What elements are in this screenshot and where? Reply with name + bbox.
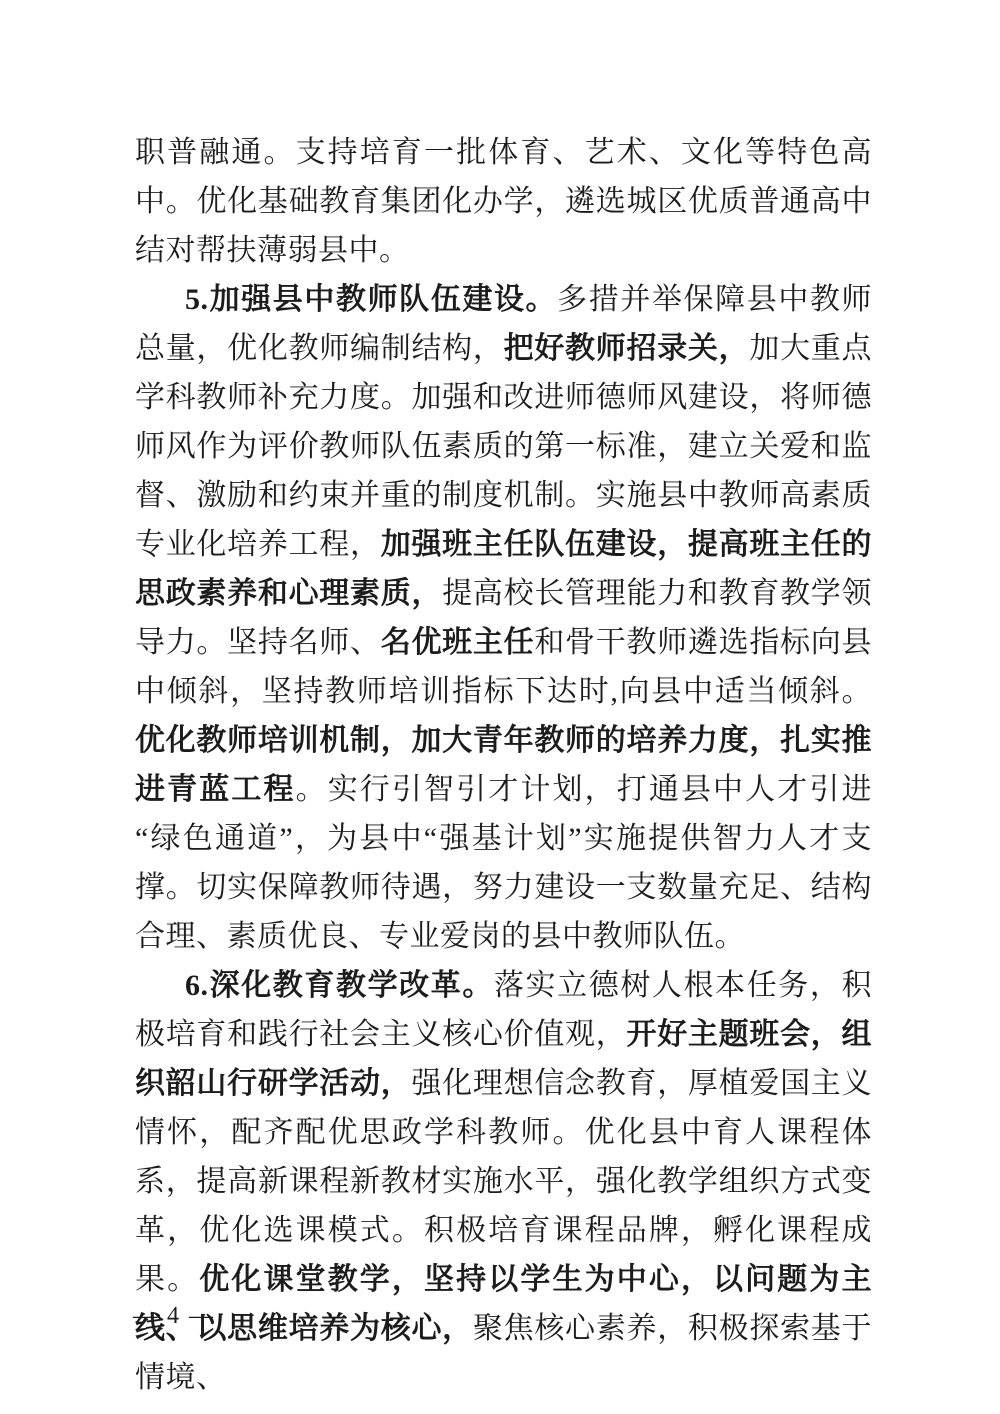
bold-text-run: 名优班主任	[381, 626, 535, 659]
paragraph: 职普融通。支持培育一批体育、艺术、文化等特色高中。优化基础教育集团化办学，遴选城…	[135, 128, 872, 275]
bold-text-run: 把好教师招录关，	[504, 332, 750, 365]
paragraph: 6.深化教育教学改革。落实立德树人根本任务，积极培育和践行社会主义核心价值观，开…	[135, 961, 872, 1402]
document-body: 职普融通。支持培育一批体育、艺术、文化等特色高中。优化基础教育集团化办学，遴选城…	[135, 128, 872, 1402]
document-page: 职普融通。支持培育一批体育、艺术、文化等特色高中。优化基础教育集团化办学，遴选城…	[0, 0, 1000, 1414]
text-run: 强化理想信念教育，厚植爱国主义情怀，配齐配优思政学科教师。优化县中育人课程体系，…	[135, 1067, 872, 1296]
page-number: — 4 —	[133, 1303, 215, 1330]
bold-text-run: 5.加强县中教师队伍建设。	[185, 283, 557, 316]
paragraph: 5.加强县中教师队伍建设。多措并举保障县中教师总量，优化教师编制结构，把好教师招…	[135, 275, 872, 961]
text-run: 加大重点学科教师补充力度。加强和改进师德师风建设，将师德师风作为评价教师队伍素质…	[135, 332, 872, 561]
text-run: 职普融通。支持培育一批体育、艺术、文化等特色高中。优化基础教育集团化办学，遴选城…	[135, 136, 872, 267]
bold-text-run: 6.深化教育教学改革。	[185, 969, 494, 1002]
